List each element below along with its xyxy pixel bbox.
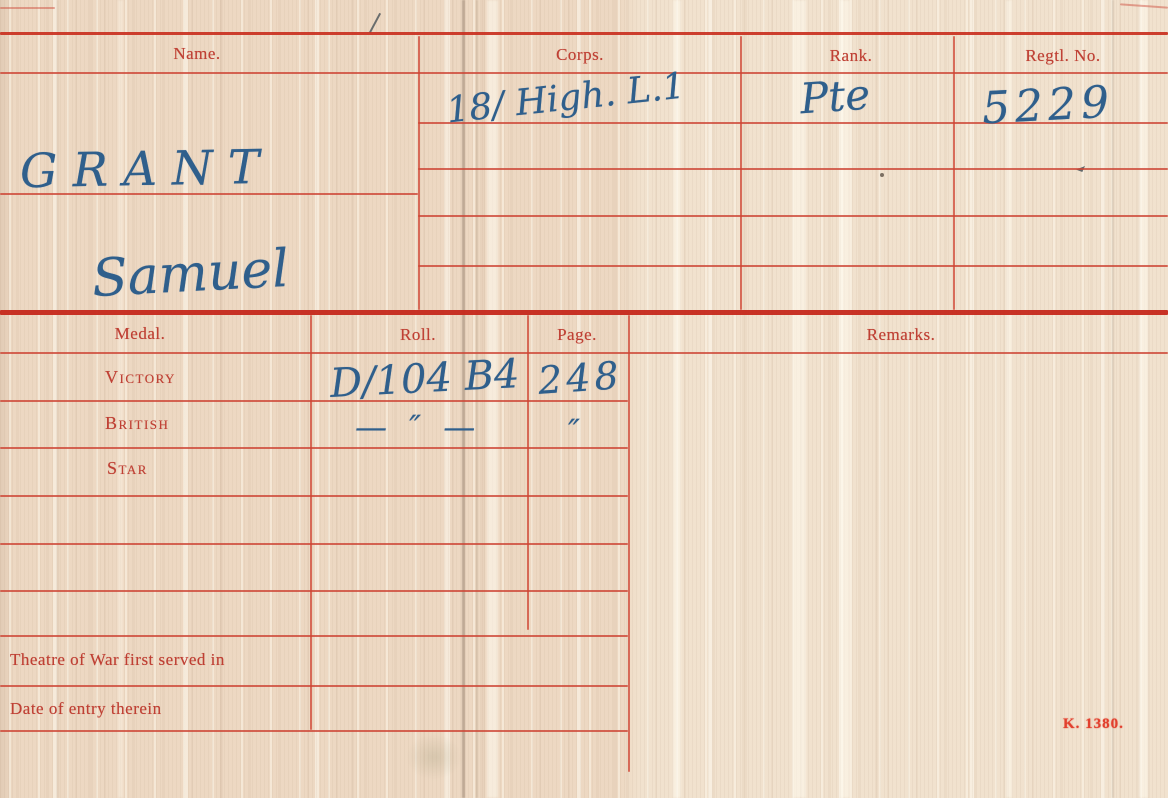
rule-row: [418, 265, 1168, 267]
rule-victory-row: [0, 400, 628, 402]
rule-top-left-fragment: [0, 7, 55, 9]
rule-col-rank-regtl: [953, 36, 955, 310]
rule-row: [0, 590, 628, 592]
page-column-header: Page.: [557, 325, 597, 345]
medal-row-label-british: British: [105, 413, 169, 434]
surname-handwritten: GRANT: [20, 140, 275, 199]
paper-streak: [673, 0, 681, 798]
rule-british-row: [0, 447, 628, 449]
corps-column-header: Corps.: [556, 45, 604, 65]
form-reference-stamp: K. 1380.: [1063, 716, 1124, 733]
medal-row-label-victory: Victory: [105, 367, 176, 388]
rank-column-header: Rank.: [830, 46, 873, 66]
remarks-column-header: Remarks.: [867, 325, 936, 345]
rule-col-corps-rank: [740, 36, 742, 310]
forename-handwritten: Samuel: [91, 239, 291, 309]
rank-value-handwritten: Pte: [798, 70, 871, 124]
victory-page-value: 248: [537, 353, 624, 403]
british-roll-ditto: — ″ —: [355, 408, 481, 446]
rule-col-page-remarks: [628, 315, 630, 772]
name-column-header: Name.: [173, 44, 220, 64]
paper-streak: [1139, 0, 1148, 798]
theatre-of-war-label: Theatre of War first served in: [10, 650, 225, 670]
rule-row: [0, 543, 628, 545]
rule-bottom-row: [0, 730, 628, 732]
regtl-no-column-header: Regtl. No.: [1025, 46, 1100, 66]
paper-stain: [396, 726, 472, 788]
rule-theatre-row: [0, 685, 628, 687]
rule-row: [418, 215, 1168, 217]
medal-column-header: Medal.: [115, 324, 166, 344]
rule-col-roll-page: [527, 315, 529, 630]
rule-section-divider: [0, 310, 1168, 315]
rule-col-name-corps: [418, 36, 420, 310]
rule-card-top: [0, 32, 1168, 35]
british-page-ditto: ″: [568, 412, 580, 450]
paper-crease: [57, 0, 59, 798]
rule-medal-header-underline: [0, 352, 1168, 354]
rule-row: [418, 168, 1168, 170]
regtl-no-value-handwritten: 5229: [981, 77, 1115, 135]
rule-header-underline: [0, 72, 1168, 74]
ink-fleck: [880, 173, 884, 177]
paper-streak: [118, 0, 123, 798]
rule-col-medal-roll: [310, 315, 312, 730]
pen-scratch-mark: [369, 13, 381, 33]
medal-index-card: Name. Corps. Rank. Regtl. No. Medal. Rol…: [0, 0, 1168, 798]
date-of-entry-label: Date of entry therein: [10, 699, 162, 719]
rule-star-row: [0, 495, 628, 497]
medal-row-label-star: Star: [107, 458, 148, 479]
rule-row: [0, 635, 628, 637]
roll-column-header: Roll.: [400, 325, 436, 345]
